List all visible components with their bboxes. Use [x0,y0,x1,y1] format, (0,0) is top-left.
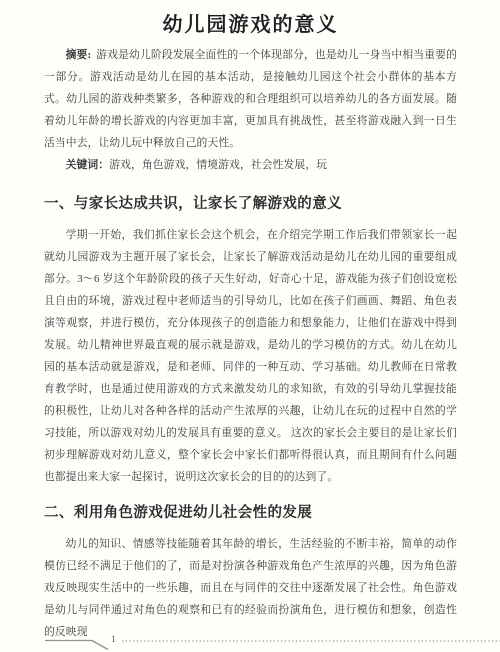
footer-separator-line [45,641,108,650]
section-2-heading: 二、利用角色游戏促进幼儿社会性的发展 [44,503,457,523]
keywords-label: 关键词： [66,159,110,171]
section-1-paragraph: 学期一开始，我们抓住家长会这个机会，在介绍完学期工作后我们带领家长一起就幼儿园游… [44,224,457,488]
document-page: 幼儿园游戏的意义 摘要:游戏是幼儿阶段发展全面性的一个体现部分，也是幼儿一身当中… [0,0,500,652]
abstract-paragraph: 摘要:游戏是幼儿阶段发展全面性的一个体现部分，也是幼儿一身当中相当重要的一部分。… [44,44,457,154]
document-content: 幼儿园游戏的意义 摘要:游戏是幼儿阶段发展全面性的一个体现部分，也是幼儿一身当中… [0,0,500,643]
keywords-text: 游戏，角色游戏，情境游戏，社会性发展，玩 [109,159,327,171]
page-footer: 1 [0,630,500,652]
abstract-label: 摘要: [66,49,97,61]
abstract-text: 游戏是幼儿阶段发展全面性的一个体现部分，也是幼儿一身当中相当重要的一部分。游戏活… [44,49,457,149]
keywords-line: 关键词：游戏，角色游戏，情境游戏，社会性发展，玩 [44,154,457,176]
section-1-heading: 一、与家长达成共识，让家长了解游戏的意义 [44,194,457,214]
section-2-paragraph: 幼儿的知识、情感等技能随着其年龄的增长，生活经验的不断丰裕，简单的动作模仿已经不… [44,533,457,643]
page-number: 1 [111,634,116,646]
footer-separator-graphic [0,630,500,652]
page-title: 幼儿园游戏的意义 [44,8,457,40]
